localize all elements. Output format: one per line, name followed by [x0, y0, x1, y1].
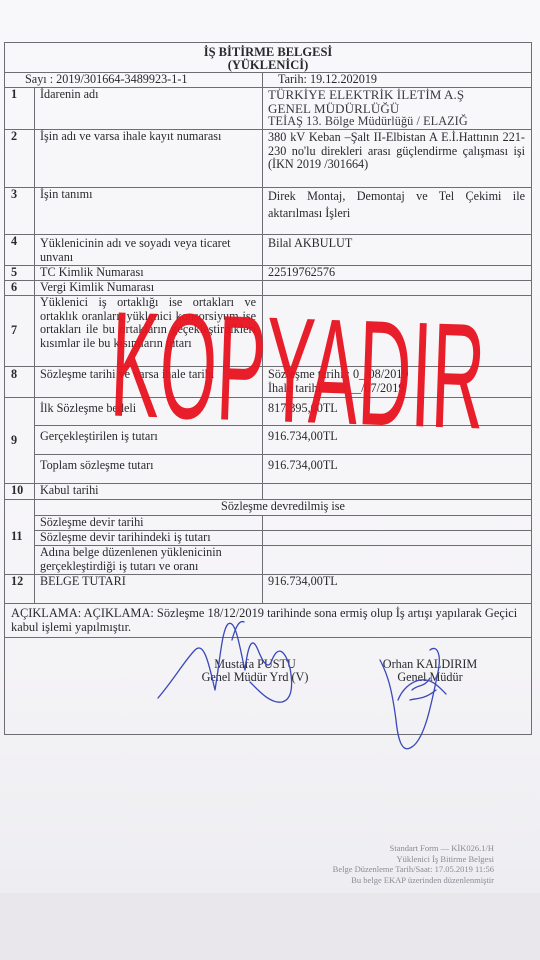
- row-label: Sözleşme devir tarihindeki iş tutarı: [35, 531, 263, 545]
- row-number: 8: [5, 367, 35, 397]
- footer-ekap-note: Bu belge EKAP üzerinden düzenlenmiştir: [333, 875, 494, 886]
- document-number: Sayı : 2019/301664-3489923-1-1: [5, 73, 263, 87]
- form-row-12: 12 BELGE TUTARI 916.734,00TL: [5, 575, 531, 604]
- form-row-5: 5 TC Kimlik Numarası 22519762576: [5, 266, 531, 281]
- contractor-share-row: Adına belge düzenlenen yüklenicinin gerç…: [35, 546, 531, 574]
- row-value: 817.395,00TL: [263, 398, 531, 425]
- row-label: BELGE TUTARI: [35, 575, 263, 603]
- row-number: 10: [5, 484, 35, 499]
- form-row-1: 1 İdarenin adı TÜRKİYE ELEKTRİK İLETİM A…: [5, 88, 531, 130]
- total-contract-amount-row: Toplam sözleşme tutarı 916.734,00TL: [35, 455, 531, 483]
- row-value: Bilal AKBULUT: [263, 235, 531, 265]
- signatory-title: Genel Müdür Yrd (V): [155, 671, 355, 684]
- contract-date: Sözleşme tarihi : 0_/08/2019: [268, 368, 525, 382]
- row-label: İşin tanımı: [35, 188, 263, 234]
- transfer-date-row: Sözleşme devir tarihi: [35, 516, 531, 531]
- row-value: [263, 296, 531, 366]
- row-label: İdarenin adı: [35, 88, 263, 129]
- row-label: Yüklenicinin adı ve soyadı veya ticaret …: [35, 235, 263, 265]
- row-label: Sözleşme devir tarihi: [35, 516, 263, 530]
- row-label: İşin adı ve varsa ihale kayıt numarası: [35, 130, 263, 187]
- signatory-title: Genel Müdür: [355, 671, 505, 684]
- form-row-4: 4 Yüklenicinin adı ve soyadı veya ticare…: [5, 235, 531, 266]
- row-value: [263, 281, 531, 295]
- footer-form-code: Standart Form — KİK026.1/H: [333, 843, 494, 854]
- transfer-heading-row: Sözleşme devredilmiş ise: [35, 500, 531, 516]
- form-row-10: 10 Kabul tarihi: [5, 484, 531, 500]
- row-number: 9: [5, 398, 35, 483]
- form-row-11: 11 Sözleşme devredilmiş ise Sözleşme dev…: [5, 500, 531, 575]
- document-title: İŞ BİTİRME BELGESİ (YÜKLENİCİ): [5, 43, 531, 73]
- footer-form-name: Yüklenici İş Bitirme Belgesi: [333, 854, 494, 865]
- row-value: Direk Montaj, Demontaj ve Tel Çekimi ile…: [263, 188, 531, 234]
- transfer-heading: Sözleşme devredilmiş ise: [35, 500, 531, 515]
- form-row-8: 8 Sözleşme tarihi ve varsa ihale tarihi …: [5, 367, 531, 398]
- row-value: 380 kV Keban –Şalt II-Elbistan A E.İ.Hat…: [263, 130, 531, 187]
- row-label: Yüklenici iş ortaklığı ise ortakları ve …: [35, 296, 263, 366]
- row-value: TÜRKİYE ELEKTRİK İLETİM A.Ş GENEL MÜDÜRL…: [263, 88, 531, 129]
- row-label: İlk Sözleşme bedeli: [35, 398, 263, 425]
- signature-block: Orhan KALDIRIM Genel Müdür: [355, 658, 505, 684]
- row-value: Sözleşme tarihi : 0_/08/2019 İhale tarih…: [263, 367, 531, 397]
- row-value: [263, 516, 531, 530]
- form-row-7: 7 Yüklenici iş ortaklığı ise ortakları v…: [5, 296, 531, 367]
- is-bitirme-belgesi-form: İŞ BİTİRME BELGESİ (YÜKLENİCİ) Sayı : 20…: [4, 42, 532, 735]
- document-date: Tarih: 19.12.202019: [263, 73, 377, 87]
- row-label: Sözleşme tarihi ve varsa ihale tarihi: [35, 367, 263, 397]
- transfer-amount-row: Sözleşme devir tarihindeki iş tutarı: [35, 531, 531, 546]
- row-value: 916.734,00TL: [263, 575, 531, 603]
- row-value: [263, 546, 531, 574]
- row-number: 1: [5, 88, 35, 129]
- row-number: 5: [5, 266, 35, 280]
- row-label: Adına belge düzenlenen yüklenicinin gerç…: [35, 546, 263, 574]
- row-number: 3: [5, 188, 35, 234]
- form-row-3: 3 İşin tanımı Direk Montaj, Demontaj ve …: [5, 188, 531, 235]
- row-number: 7: [5, 296, 35, 366]
- row-value: 916.734,00TL: [263, 426, 531, 454]
- form-row-6: 6 Vergi Kimlik Numarası: [5, 281, 531, 296]
- row-label: Kabul tarihi: [35, 484, 263, 499]
- row-value: 22519762576: [263, 266, 531, 280]
- form-row-2: 2 İşin adı ve varsa ihale kayıt numarası…: [5, 130, 531, 188]
- initial-contract-price-row: İlk Sözleşme bedeli 817.395,00TL: [35, 398, 531, 426]
- background: [0, 893, 540, 960]
- explanation-note: AÇIKLAMA: AÇIKLAMA: Sözleşme 18/12/2019 …: [5, 604, 531, 638]
- row-label: Toplam sözleşme tutarı: [35, 455, 263, 483]
- row-label: Vergi Kimlik Numarası: [35, 281, 263, 295]
- institution-name: TÜRKİYE ELEKTRİK İLETİM A.Ş GENEL MÜDÜRL…: [268, 88, 525, 115]
- row-number: 2: [5, 130, 35, 187]
- title-sub: (YÜKLENİCİ): [5, 59, 531, 72]
- row-value: 916.734,00TL: [263, 455, 531, 483]
- row-label: Gerçekleştirilen iş tutarı: [35, 426, 263, 454]
- row-value: [263, 484, 531, 499]
- realized-work-amount-row: Gerçekleştirilen iş tutarı 916.734,00TL: [35, 426, 531, 455]
- institution-unit: TEİAŞ 13. Bölge Müdürlüğü / ELAZIĞ: [268, 115, 525, 129]
- row-number: 12: [5, 575, 35, 603]
- row-number: 11: [5, 500, 35, 574]
- signature-area: Mustafa PUSTU Genel Müdür Yrd (V) Orhan …: [5, 638, 531, 734]
- row-number: 4: [5, 235, 35, 265]
- signature-block: Mustafa PUSTU Genel Müdür Yrd (V): [155, 658, 355, 684]
- sayi-tarih-row: Sayı : 2019/301664-3489923-1-1 Tarih: 19…: [5, 73, 531, 88]
- row-label: TC Kimlik Numarası: [35, 266, 263, 280]
- form-footer: Standart Form — KİK026.1/H Yüklenici İş …: [333, 843, 494, 885]
- row-value: [263, 531, 531, 545]
- tender-date: İhale tarihi : __/07/2019: [268, 382, 525, 396]
- row-number: 6: [5, 281, 35, 295]
- footer-issue-date: Belge Düzenleme Tarih/Saat: 17.05.2019 1…: [333, 864, 494, 875]
- form-row-9: 9 İlk Sözleşme bedeli 817.395,00TL Gerçe…: [5, 398, 531, 484]
